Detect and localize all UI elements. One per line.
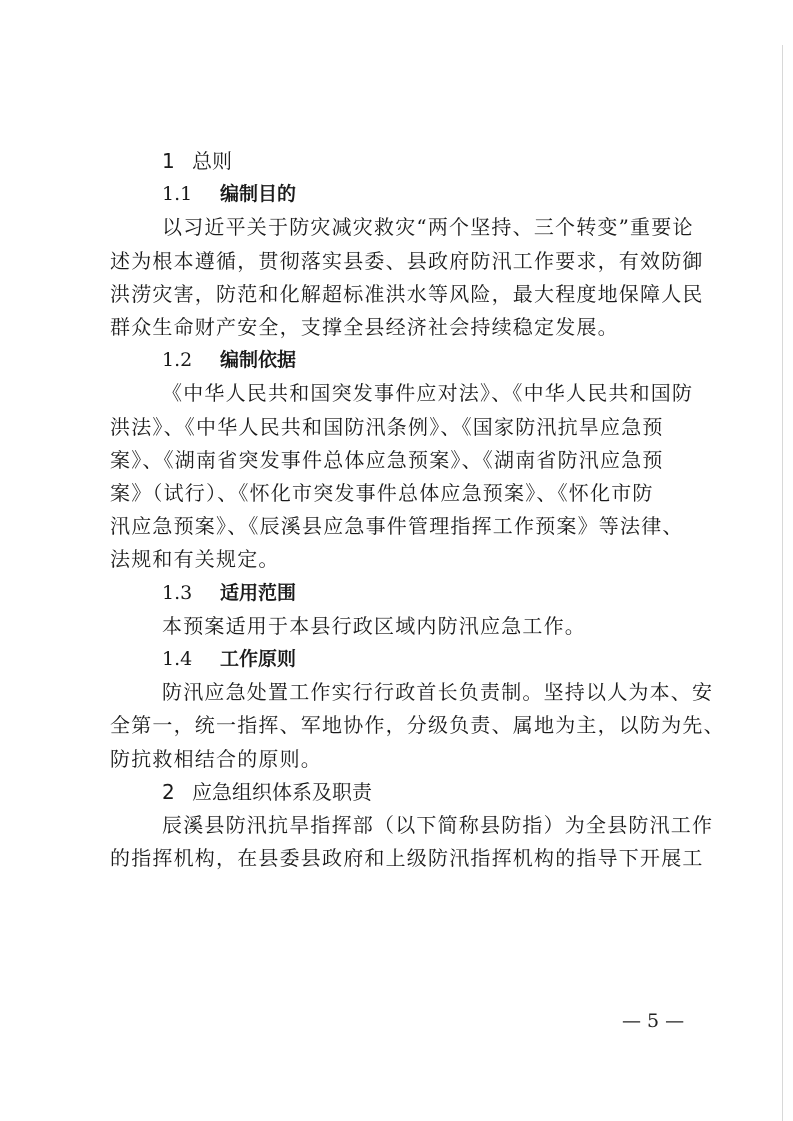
heading-title: 应急组织体系及职责 [192, 780, 372, 804]
heading-title: 适用范围 [220, 582, 296, 604]
paragraph-purpose: 以习近平关于防灾减灾救灾“两个坚持、三个转变”重要论 述为根本遵循，贯彻落实县委… [110, 211, 696, 344]
text-line: 汛应急预案》、《辰溪县应急事件管理指挥工作预案》等法律、 [110, 510, 696, 543]
page-number: — 5 — [622, 1010, 684, 1032]
text-line: 防汛应急处置工作实行行政首长负责制。坚持以人为本、安 [110, 676, 696, 709]
heading-number: 1 [162, 145, 192, 178]
paragraph-basis: 《中华人民共和国突发事件应对法》、《中华人民共和国防 洪法》、《中华人民共和国防… [110, 377, 696, 576]
heading-1-1-purpose: 1.1编制目的 [110, 178, 696, 211]
text-line: 全第一，统一指挥、军地协作，分级负责、属地为主，以防为先、 [110, 709, 696, 742]
document-body: 1总则 1.1编制目的 以习近平关于防灾减灾救灾“两个坚持、三个转变”重要论 述… [110, 145, 696, 875]
paragraph-scope: 本预案适用于本县行政区域内防汛应急工作。 [110, 610, 696, 643]
text-line: 辰溪县防汛抗旱指挥部（以下简称县防指）为全县防汛工作 [110, 809, 696, 842]
heading-title: 总则 [192, 149, 232, 173]
heading-number: 1.4 [162, 643, 220, 676]
text-line: 群众生命财产安全，支撑全县经济社会持续稳定发展。 [110, 311, 696, 344]
heading-number: 1.1 [162, 178, 220, 211]
text-line: 案》（试行）、《怀化市突发事件总体应急预案》、《怀化市防 [110, 477, 696, 510]
heading-1-3-scope: 1.3适用范围 [110, 577, 696, 610]
text-line: 洪法》、《中华人民共和国防汛条例》、《国家防汛抗旱应急预 [110, 411, 696, 444]
heading-title: 编制依据 [220, 349, 296, 371]
paragraph-organization: 辰溪县防汛抗旱指挥部（以下简称县防指）为全县防汛工作 的指挥机构，在县委县政府和… [110, 809, 696, 875]
text-line: 《中华人民共和国突发事件应对法》、《中华人民共和国防 [110, 377, 696, 410]
text-line: 法规和有关规定。 [110, 543, 696, 576]
text-line: 的指挥机构，在县委县政府和上级防汛指挥机构的指导下开展工 [110, 842, 696, 875]
heading-2-organization: 2应急组织体系及职责 [110, 776, 696, 809]
paragraph-principles: 防汛应急处置工作实行行政首长负责制。坚持以人为本、安 全第一，统一指挥、军地协作… [110, 676, 696, 776]
text-line: 以习近平关于防灾减灾救灾“两个坚持、三个转变”重要论 [110, 211, 696, 244]
document-page: 1总则 1.1编制目的 以习近平关于防灾减灾救灾“两个坚持、三个转变”重要论 述… [0, 0, 793, 1121]
heading-number: 1.2 [162, 344, 220, 377]
text-line: 述为根本遵循，贯彻落实县委、县政府防汛工作要求，有效防御 [110, 245, 696, 278]
scan-edge-line [782, 45, 783, 1121]
heading-number: 2 [162, 776, 192, 809]
heading-title: 工作原则 [220, 648, 296, 670]
text-line: 洪涝灾害，防范和化解超标准洪水等风险，最大程度地保障人民 [110, 278, 696, 311]
heading-1-2-basis: 1.2编制依据 [110, 344, 696, 377]
text-line: 案》、《湖南省突发事件总体应急预案》、《湖南省防汛应急预 [110, 444, 696, 477]
heading-title: 编制目的 [220, 183, 296, 205]
heading-1-general: 1总则 [110, 145, 696, 178]
heading-1-4-principles: 1.4工作原则 [110, 643, 696, 676]
text-line: 防抗救相结合的原则。 [110, 743, 696, 776]
text-line: 本预案适用于本县行政区域内防汛应急工作。 [110, 610, 696, 643]
heading-number: 1.3 [162, 577, 220, 610]
